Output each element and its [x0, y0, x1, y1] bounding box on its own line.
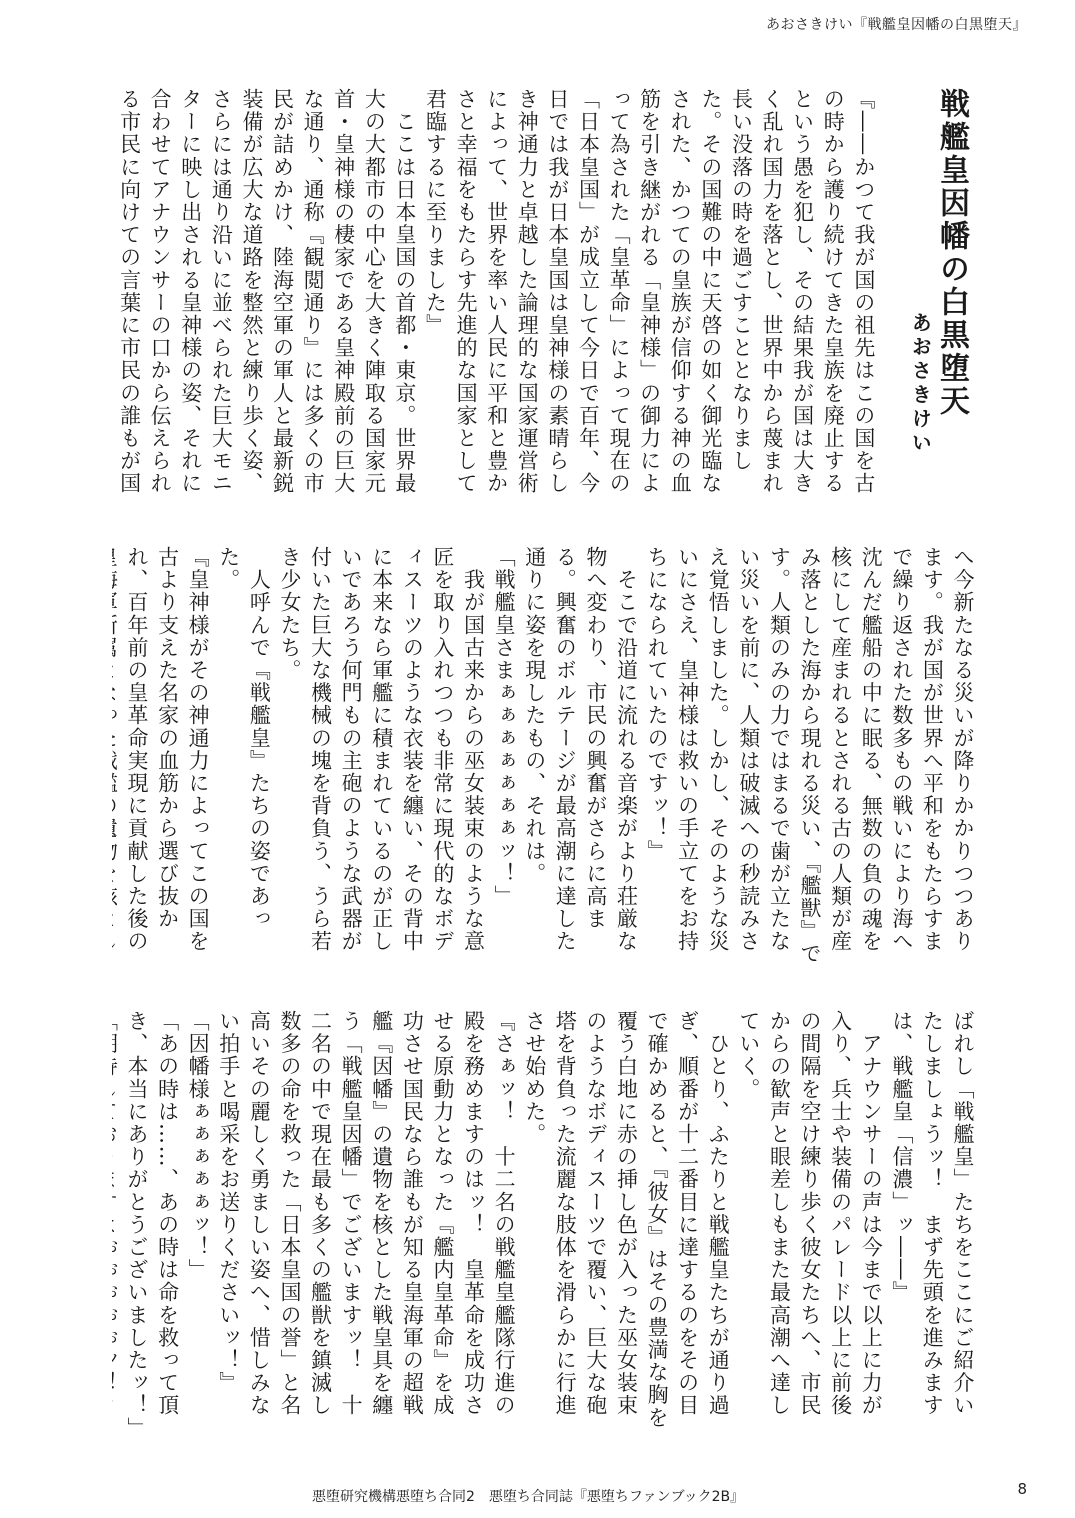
paragraph: アナウンサーの声は今まで以上に力が入り、兵士や装備のパレード以上に前後の間隔を空…: [733, 1010, 886, 1430]
text-tier-3: ばれし「戦艦皇」たちをここにご紹介いたしましょうッ！ まず先頭を進みますは、戦艦…: [112, 1010, 978, 1430]
footer-publication-title: 悪堕研究機構悪堕ち合同2 悪堕ち合同誌『悪堕ちファンブック2B』: [312, 1486, 744, 1506]
paragraph: 「因幡様ぁぁぁぁぁッ！」: [183, 1010, 214, 1430]
paragraph: ばれし「戦艦皇」たちをここにご紹介いたしましょうッ！ まず先頭を進みますは、戦艦…: [886, 1010, 978, 1430]
paragraph: 『さぁッ！ 十二名の戦艦皇艦隊行進の殿を務めますのはッ！ 皇革命を成功させる原動…: [213, 1010, 519, 1430]
paragraph: 我が国古来からの巫女装束のような意匠を取り入れつつも非常に現代的なボディスーツの…: [274, 546, 488, 966]
paragraph: 人呼んで『戦艦皇』たちの姿であった。: [213, 546, 274, 966]
article-title-text: 戦艦皇因幡の白黒堕天: [934, 88, 969, 418]
paragraph: 『皇神様がその神通力によってこの国を古より支えた名家の血筋から選び抜かれ、百年前…: [112, 546, 213, 966]
paragraph: そこで沿道に流れる音楽がより荘厳な物へ変わり、市民の興奮がさらに高まる。興奮のボ…: [519, 546, 641, 966]
article-title: 戦艦皇因幡の白黒堕天あおさきけい: [879, 88, 978, 510]
paragraph: へ今新たなる災いが降りかかりつつあります。我が国が世界へ平和をもたらすまで繰り返…: [641, 546, 978, 966]
paragraph: 「あの時は……、あの時は命を救って頂き、本当にありがとうございましたッ！」: [121, 1010, 182, 1430]
paragraph: 「戦艦皇さまぁぁぁぁぁぁぁッ！」: [489, 546, 520, 966]
paragraph: ここは日本皇国の首都・東京。世界最大の大都市の中心を大きく陣取る国家元首・皇神様…: [112, 88, 420, 510]
author-name: あおさきけい: [886, 88, 932, 456]
paragraph: ひとり、ふたりと戦艦皇たちが通り過ぎ、順番が十二番目に達するのをその目で確かめる…: [519, 1010, 733, 1430]
running-head: あおさきけい『戦艦皇因幡の白黒堕天』: [766, 14, 1027, 34]
paragraph: 「期待しておりますよぉぉぉぉぉッ！」: [112, 1010, 121, 1430]
text-tier-1: 戦艦皇因幡の白黒堕天あおさきけい 『――かつて我が国の祖先はこの国を古の時から護…: [112, 88, 978, 510]
text-tier-2: へ今新たなる災いが降りかかりつつあります。我が国が世界へ平和をもたらすまで繰り返…: [112, 546, 978, 966]
page-number: 8: [1017, 1480, 1027, 1498]
paragraph: 『――かつて我が国の祖先はこの国を古の時から護り続けてきた皇族を廃止するという愚…: [420, 88, 879, 510]
